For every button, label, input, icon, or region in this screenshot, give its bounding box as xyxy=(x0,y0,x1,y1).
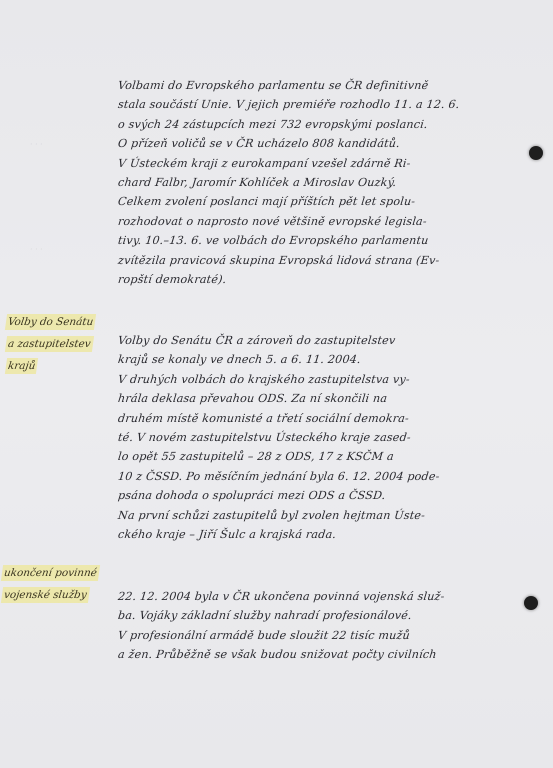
text-line: Volbami do Evropského parlamentu se ČR d… xyxy=(117,76,514,95)
text-line: rozhodovat o naprosto nové většině evrop… xyxy=(117,212,514,231)
binder-hole-top xyxy=(529,146,543,160)
text-line: Na první schůzi zastupitelů byl zvolen h… xyxy=(117,506,514,525)
text-line: zvítězila pravicová skupina Evropská lid… xyxy=(117,251,514,270)
text-line: hrála deklasa převahou ODS. Za ní skonči… xyxy=(117,389,514,408)
text-line: V Ústeckém kraji z eurokampaní vzešel zd… xyxy=(117,154,514,173)
text-line: tivy. 10.–13. 6. ve volbách do Evropskéh… xyxy=(117,231,514,250)
bleed-through-mark: · · · xyxy=(30,245,43,254)
margin-heading-line: ukončení povinné xyxy=(1,565,100,581)
text-line: ckého kraje – Jiří Šulc a krajská rada. xyxy=(117,525,514,544)
text-line: O přízeň voličů se v ČR ucházelo 808 kan… xyxy=(117,134,514,153)
margin-heading-line: a zastupitelstev xyxy=(5,336,94,352)
margin-heading-line: vojenské služby xyxy=(1,587,90,603)
text-line: 22. 12. 2004 byla v ČR ukončena povinná … xyxy=(117,587,514,606)
text-line: chard Falbr, Jaromír Kohlíček a Miroslav… xyxy=(117,173,514,192)
section-military-service: 22. 12. 2004 byla v ČR ukončena povinná … xyxy=(118,587,513,665)
section-senate-regional-elections: Volby do Senátu ČR a zároveň do zastupit… xyxy=(118,331,513,544)
scanned-page: · · · · · · Volbami do Evropského parlam… xyxy=(0,0,553,768)
text-line: té. V novém zastupitelstvu Ústeckého kra… xyxy=(117,428,514,447)
binder-hole-bottom xyxy=(524,596,538,610)
text-line: ba. Vojáky základní služby nahradí profe… xyxy=(117,606,514,625)
text-line: psána dohoda o spolupráci mezi ODS a ČSS… xyxy=(117,486,514,505)
text-line: o svých 24 zástupcích mezi 732 evropským… xyxy=(117,115,514,134)
text-line: Celkem zvolení poslanci mají příštích pě… xyxy=(117,192,514,211)
margin-heading-line: krajů xyxy=(5,358,39,374)
margin-heading-senate-elections: Volby do Senátu a zastupitelstev krajů xyxy=(6,310,124,376)
bleed-through-mark: · · · xyxy=(30,140,43,149)
text-line: krajů se konaly ve dnech 5. a 6. 11. 200… xyxy=(117,350,514,369)
text-line: druhém místě komunisté a třetí sociální … xyxy=(117,409,514,428)
text-line: V druhých volbách do krajského zastupite… xyxy=(117,370,514,389)
margin-heading-military-service: ukončení povinné vojenské služby xyxy=(2,561,120,605)
text-line: ropští demokraté). xyxy=(117,270,514,289)
margin-heading-line: Volby do Senátu xyxy=(5,314,96,330)
text-line: V profesionální armádě bude sloužit 22 t… xyxy=(117,626,514,645)
text-line: a žen. Průběžně se však budou snižovat p… xyxy=(117,645,514,664)
text-line: lo opět 55 zastupitelů – 28 z ODS, 17 z … xyxy=(117,447,514,466)
text-line: stala součástí Unie. V jejich premiéře r… xyxy=(117,95,514,114)
text-line: 10 z ČSSD. Po měsíčním jednání byla 6. 1… xyxy=(117,467,514,486)
text-line: Volby do Senátu ČR a zároveň do zastupit… xyxy=(117,331,514,350)
section-european-parliament: Volbami do Evropského parlamentu se ČR d… xyxy=(118,76,513,289)
